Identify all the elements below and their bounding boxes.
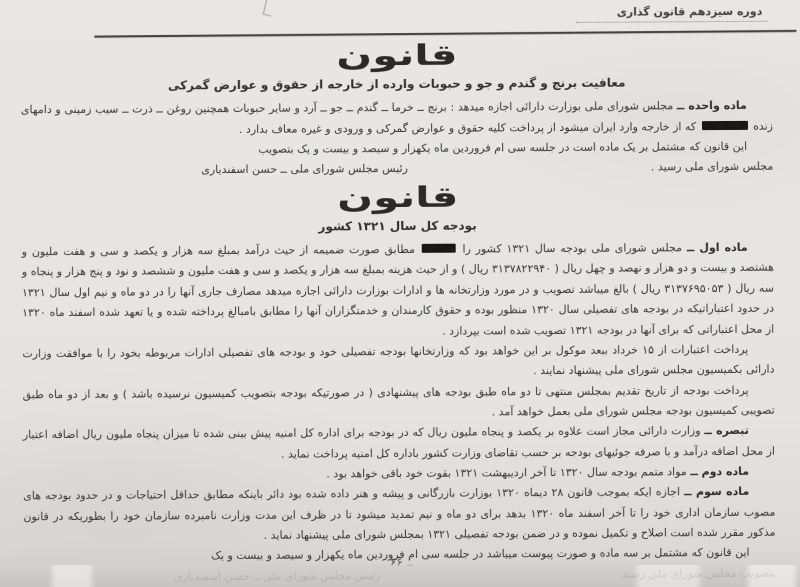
law1-signature: رئیس مجلس شورای ملی ــ حسن اسفندیاری — [201, 159, 408, 181]
law2-title: قانون — [21, 179, 773, 216]
law2-budget-payment-paragraph: پرداخت بودجه از تاریخ تقدیم بمجلس منتهی … — [23, 380, 775, 425]
scan-content: دوره سیزدهم قانون گذاری قانون معافیت برن… — [0, 0, 800, 587]
scanner-edge-strip — [0, 565, 800, 587]
law2-note-text: وزارت دارائی مجاز است علاوه بر یکصد و پن… — [23, 424, 775, 460]
scanned-document-page: دوره سیزدهم قانون گذاری قانون معافیت برن… — [0, 0, 800, 587]
law2-title-text: قانون — [337, 181, 458, 214]
law2-article2-text: مواد متمم بودجه سال ۱۳۲۰ تا آخر اردیبهشت… — [326, 465, 690, 480]
legislative-period-header: دوره سیزدهم قانون گذاری — [577, 5, 769, 23]
redacted-word — [702, 121, 748, 130]
law1-article-paragraph: ماده واحده ــ مجلس شورای ملی بوزارت دارا… — [21, 96, 773, 141]
law2-credits-text: پرداخت اعتبارات از ۱۵ خرداد ببعد موکول ب… — [22, 343, 774, 378]
law2-article1-paragraph: ماده اول ــ مجلس شورای ملی بودجه سال ۱۳۲… — [22, 238, 775, 344]
law1-article-lead: ماده واحده ــ — [677, 99, 747, 112]
law2-article3-paragraph: ماده سوم ــ اجازه ایکه بموجب قانون ۲۸ دی… — [23, 482, 775, 548]
law2-article1-lead: ماده اول ــ — [687, 241, 748, 254]
law1-subtitle: معافیت برنج و گندم و جو و حبوبات وارده ا… — [21, 71, 773, 98]
law2-article1-text-2: مطابق صورت ضمیمه از حیث درآمد بمبلغ سه ه… — [22, 243, 775, 337]
law2-article3-text: اجازه ایکه بموجب قانون ۲۸ دیماه ۱۳۲۰ بوز… — [23, 486, 775, 542]
law2-section: قانون بودجه کل سال ۱۳۲۱ کشور ماده اول ــ… — [21, 179, 775, 587]
law1-article-text-2: که از خارجه وارد ایران میشود از پرداخت ک… — [239, 120, 696, 136]
law1-section: قانون معافیت برنج و گندم و جو و حبوبات و… — [20, 38, 773, 182]
law2-article3-lead: ماده سوم ــ — [684, 485, 749, 498]
law2-credits-paragraph: پرداخت اعتبارات از ۱۵ خرداد ببعد موکول ب… — [22, 340, 774, 385]
law1-title-text: قانون — [336, 40, 457, 73]
law2-note-lead: تبصره ــ — [704, 424, 749, 437]
law2-subtitle: بودجه کل سال ۱۳۲۱ کشور — [22, 213, 774, 240]
law1-closing-line2: مجلس شورای ملی رسید . — [651, 157, 773, 178]
redacted-word — [422, 244, 456, 253]
law1-title: قانون — [20, 38, 772, 75]
law1-closing-row: مجلس شورای ملی رسید . رئیس مجلس شورای مل… — [21, 157, 773, 182]
law2-article1-text-1: مجلس شورای ملی بودجه سال ۱۳۲۱ کشور را — [462, 241, 686, 255]
document-body: قانون معافیت برنج و گندم و جو و حبوبات و… — [20, 36, 775, 587]
law2-budget-payment-text: پرداخت بودجه از تاریخ تقدیم بمجلس منتهی … — [23, 383, 775, 418]
law2-article2-lead: ماده دوم ــ — [690, 465, 749, 478]
law2-note-paragraph: تبصره ــ وزارت دارائی مجاز است علاوه بر … — [23, 421, 775, 466]
scan-artifact — [263, 0, 275, 17]
